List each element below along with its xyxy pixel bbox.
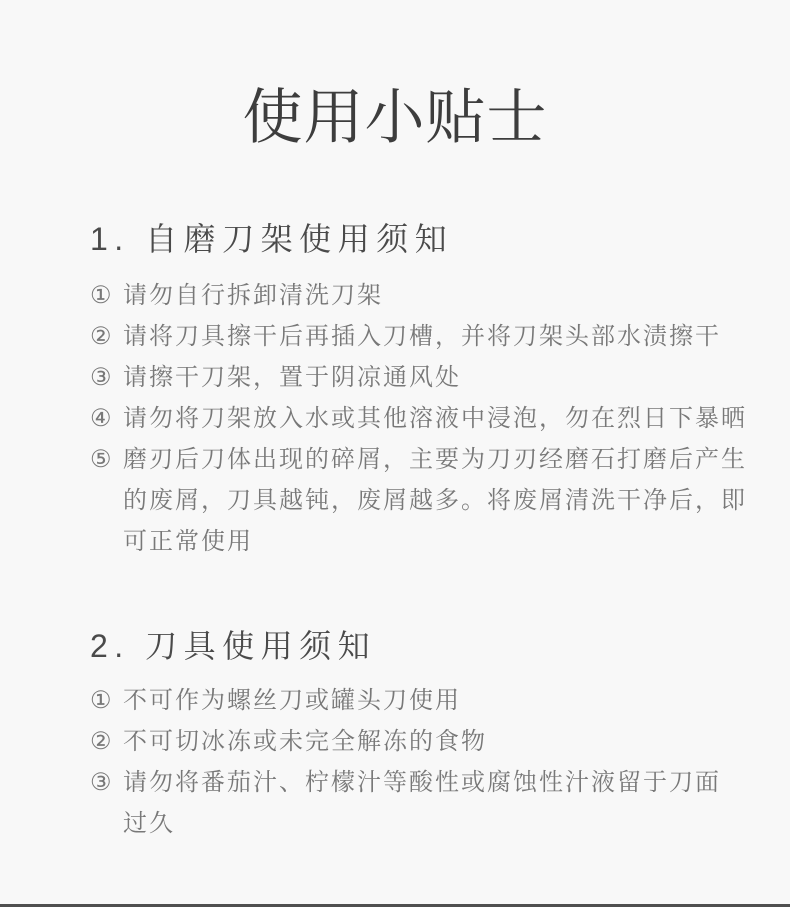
item-text: 请勿将刀架放入水或其他溶液中浸泡，勿在烈日下暴晒 bbox=[123, 398, 763, 439]
item-text: 不可作为螺丝刀或罐头刀使用 bbox=[123, 680, 763, 721]
tip-list: ① 不可作为螺丝刀或罐头刀使用 ② 不可切冰冻或未完全解冻的食物 ③ 请勿将番茄… bbox=[90, 680, 763, 844]
list-item: ③ 请擦干刀架，置于阴凉通风处 bbox=[90, 357, 763, 398]
list-item: ② 不可切冰冻或未完全解冻的食物 bbox=[90, 721, 763, 762]
item-number-badge: ④ bbox=[90, 398, 123, 439]
page-title: 使用小贴士 bbox=[0, 85, 790, 151]
list-item: ④ 请勿将刀架放入水或其他溶液中浸泡，勿在烈日下暴晒 bbox=[90, 398, 763, 439]
item-number-badge: ② bbox=[90, 721, 123, 762]
section-knife-holder-notes: 1. 自磨刀架使用须知 ① 请勿自行拆卸清洗刀架 ② 请将刀具擦干后再插入刀槽，… bbox=[0, 223, 790, 562]
item-text: 请勿自行拆卸清洗刀架 bbox=[123, 275, 763, 316]
list-item: ② 请将刀具擦干后再插入刀槽，并将刀架头部水渍擦干 bbox=[90, 316, 763, 357]
section-heading: 1. 自磨刀架使用须知 bbox=[90, 223, 763, 255]
item-text: 不可切冰冻或未完全解冻的食物 bbox=[123, 721, 763, 762]
item-number-badge: ② bbox=[90, 316, 123, 357]
list-item: ⑤ 磨刃后刀体出现的碎屑，主要为刀刃经磨石打磨后产生 的废屑，刀具越钝，废屑越多… bbox=[90, 439, 763, 562]
list-item: ① 不可作为螺丝刀或罐头刀使用 bbox=[90, 680, 763, 721]
item-text: 磨刃后刀体出现的碎屑，主要为刀刃经磨石打磨后产生 的废屑，刀具越钝，废屑越多。将… bbox=[123, 439, 763, 562]
item-number-badge: ① bbox=[90, 680, 123, 721]
section-knife-notes: 2. 刀具使用须知 ① 不可作为螺丝刀或罐头刀使用 ② 不可切冰冻或未完全解冻的… bbox=[0, 630, 790, 844]
section-heading: 2. 刀具使用须知 bbox=[90, 630, 763, 662]
item-number-badge: ③ bbox=[90, 357, 123, 398]
item-number-badge: ③ bbox=[90, 762, 123, 803]
item-number-badge: ⑤ bbox=[90, 439, 123, 480]
list-item: ① 请勿自行拆卸清洗刀架 bbox=[90, 275, 763, 316]
item-text: 请勿将番茄汁、柠檬汁等酸性或腐蚀性汁液留于刀面 过久 bbox=[123, 762, 763, 844]
tip-list: ① 请勿自行拆卸清洗刀架 ② 请将刀具擦干后再插入刀槽，并将刀架头部水渍擦干 ③… bbox=[90, 275, 763, 562]
list-item: ③ 请勿将番茄汁、柠檬汁等酸性或腐蚀性汁液留于刀面 过久 bbox=[90, 762, 763, 844]
item-number-badge: ① bbox=[90, 275, 123, 316]
usage-tips-page: 使用小贴士 1. 自磨刀架使用须知 ① 请勿自行拆卸清洗刀架 ② 请将刀具擦干后… bbox=[0, 0, 790, 907]
item-text: 请将刀具擦干后再插入刀槽，并将刀架头部水渍擦干 bbox=[123, 316, 763, 357]
item-text: 请擦干刀架，置于阴凉通风处 bbox=[123, 357, 763, 398]
